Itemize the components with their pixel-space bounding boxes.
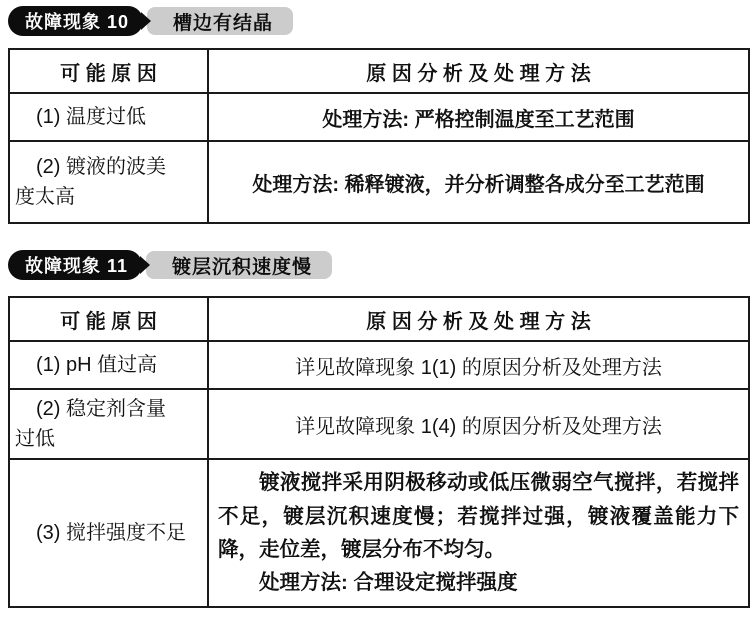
cause-cell: (1) pH 值过高 <box>10 342 209 388</box>
document-page: 故障现象 10 槽边有结晶 可 能 原 因 原 因 分 析 及 处 理 方 法 … <box>0 0 754 608</box>
cause-text: (1) pH 值过高 <box>15 350 157 380</box>
analysis-cell: 镀液搅拌采用阴极移动或低压微弱空气搅拌，若搅拌不足，镀层沉积速度慢；若搅拌过强，… <box>209 460 748 606</box>
table-row: (1) pH 值过高 详见故障现象 1(1) 的原因分析及处理方法 <box>10 340 748 388</box>
fault-10-badge: 故障现象 10 <box>8 6 143 36</box>
table-header-row: 可 能 原 因 原 因 分 析 及 处 理 方 法 <box>10 50 748 92</box>
header-cell-cause: 可 能 原 因 <box>10 50 209 92</box>
cause-text: (1) 温度过低 <box>15 102 146 132</box>
analysis-cell: 处理方法: 稀释镀液，并分析调整各成分至工艺范围 <box>209 142 748 222</box>
cause-text: (2) 稳定剂含量 过低 <box>15 394 166 454</box>
fault-11-table: 可 能 原 因 原 因 分 析 及 处 理 方 法 (1) pH 值过高 详见故… <box>8 296 750 608</box>
analysis-cell: 详见故障现象 1(4) 的原因分析及处理方法 <box>209 390 748 458</box>
header-cell-analysis: 原 因 分 析 及 处 理 方 法 <box>209 298 748 340</box>
cause-cell: (3) 搅拌强度不足 <box>10 460 209 606</box>
table-row: (1) 温度过低 处理方法: 严格控制温度至工艺范围 <box>10 92 748 140</box>
fault-10-badge-label: 故障现象 10 <box>25 8 129 34</box>
fault-11-header: 故障现象 11 镀层沉积速度慢 <box>8 250 746 280</box>
cause-cell: (1) 温度过低 <box>10 94 209 140</box>
cause-cell: (2) 镀液的波美 度太高 <box>10 142 209 222</box>
cause-cell: (2) 稳定剂含量 过低 <box>10 390 209 458</box>
analysis-cell: 详见故障现象 1(1) 的原因分析及处理方法 <box>209 342 748 388</box>
table-row: (2) 镀液的波美 度太高 处理方法: 稀释镀液，并分析调整各成分至工艺范围 <box>10 140 748 222</box>
table-row: (2) 稳定剂含量 过低 详见故障现象 1(4) 的原因分析及处理方法 <box>10 388 748 458</box>
table-row: (3) 搅拌强度不足 镀液搅拌采用阴极移动或低压微弱空气搅拌，若搅拌不足，镀层沉… <box>10 458 748 606</box>
fault-11-title-label: 镀层沉积速度慢 <box>172 252 312 279</box>
fault-11-badge-label: 故障现象 11 <box>25 252 128 278</box>
fault-10-title: 槽边有结晶 <box>147 7 293 35</box>
fault-10-header: 故障现象 10 槽边有结晶 <box>8 6 746 36</box>
fault-10-title-label: 槽边有结晶 <box>173 8 273 35</box>
fault-10-table: 可 能 原 因 原 因 分 析 及 处 理 方 法 (1) 温度过低 处理方法:… <box>8 48 750 224</box>
analysis-paragraph: 镀液搅拌采用阴极移动或低压微弱空气搅拌，若搅拌不足，镀层沉积速度慢；若搅拌过强，… <box>218 466 739 566</box>
header-cell-analysis: 原 因 分 析 及 处 理 方 法 <box>209 50 748 92</box>
analysis-treatment: 处理方法: 合理设定搅拌强度 <box>218 566 739 599</box>
cause-text: (3) 搅拌强度不足 <box>15 518 186 548</box>
cause-text: (2) 镀液的波美 度太高 <box>15 152 166 212</box>
fault-11-badge: 故障现象 11 <box>8 250 142 280</box>
header-cell-cause: 可 能 原 因 <box>10 298 209 340</box>
fault-11-title: 镀层沉积速度慢 <box>146 251 332 279</box>
analysis-cell: 处理方法: 严格控制温度至工艺范围 <box>209 94 748 140</box>
table-header-row: 可 能 原 因 原 因 分 析 及 处 理 方 法 <box>10 298 748 340</box>
